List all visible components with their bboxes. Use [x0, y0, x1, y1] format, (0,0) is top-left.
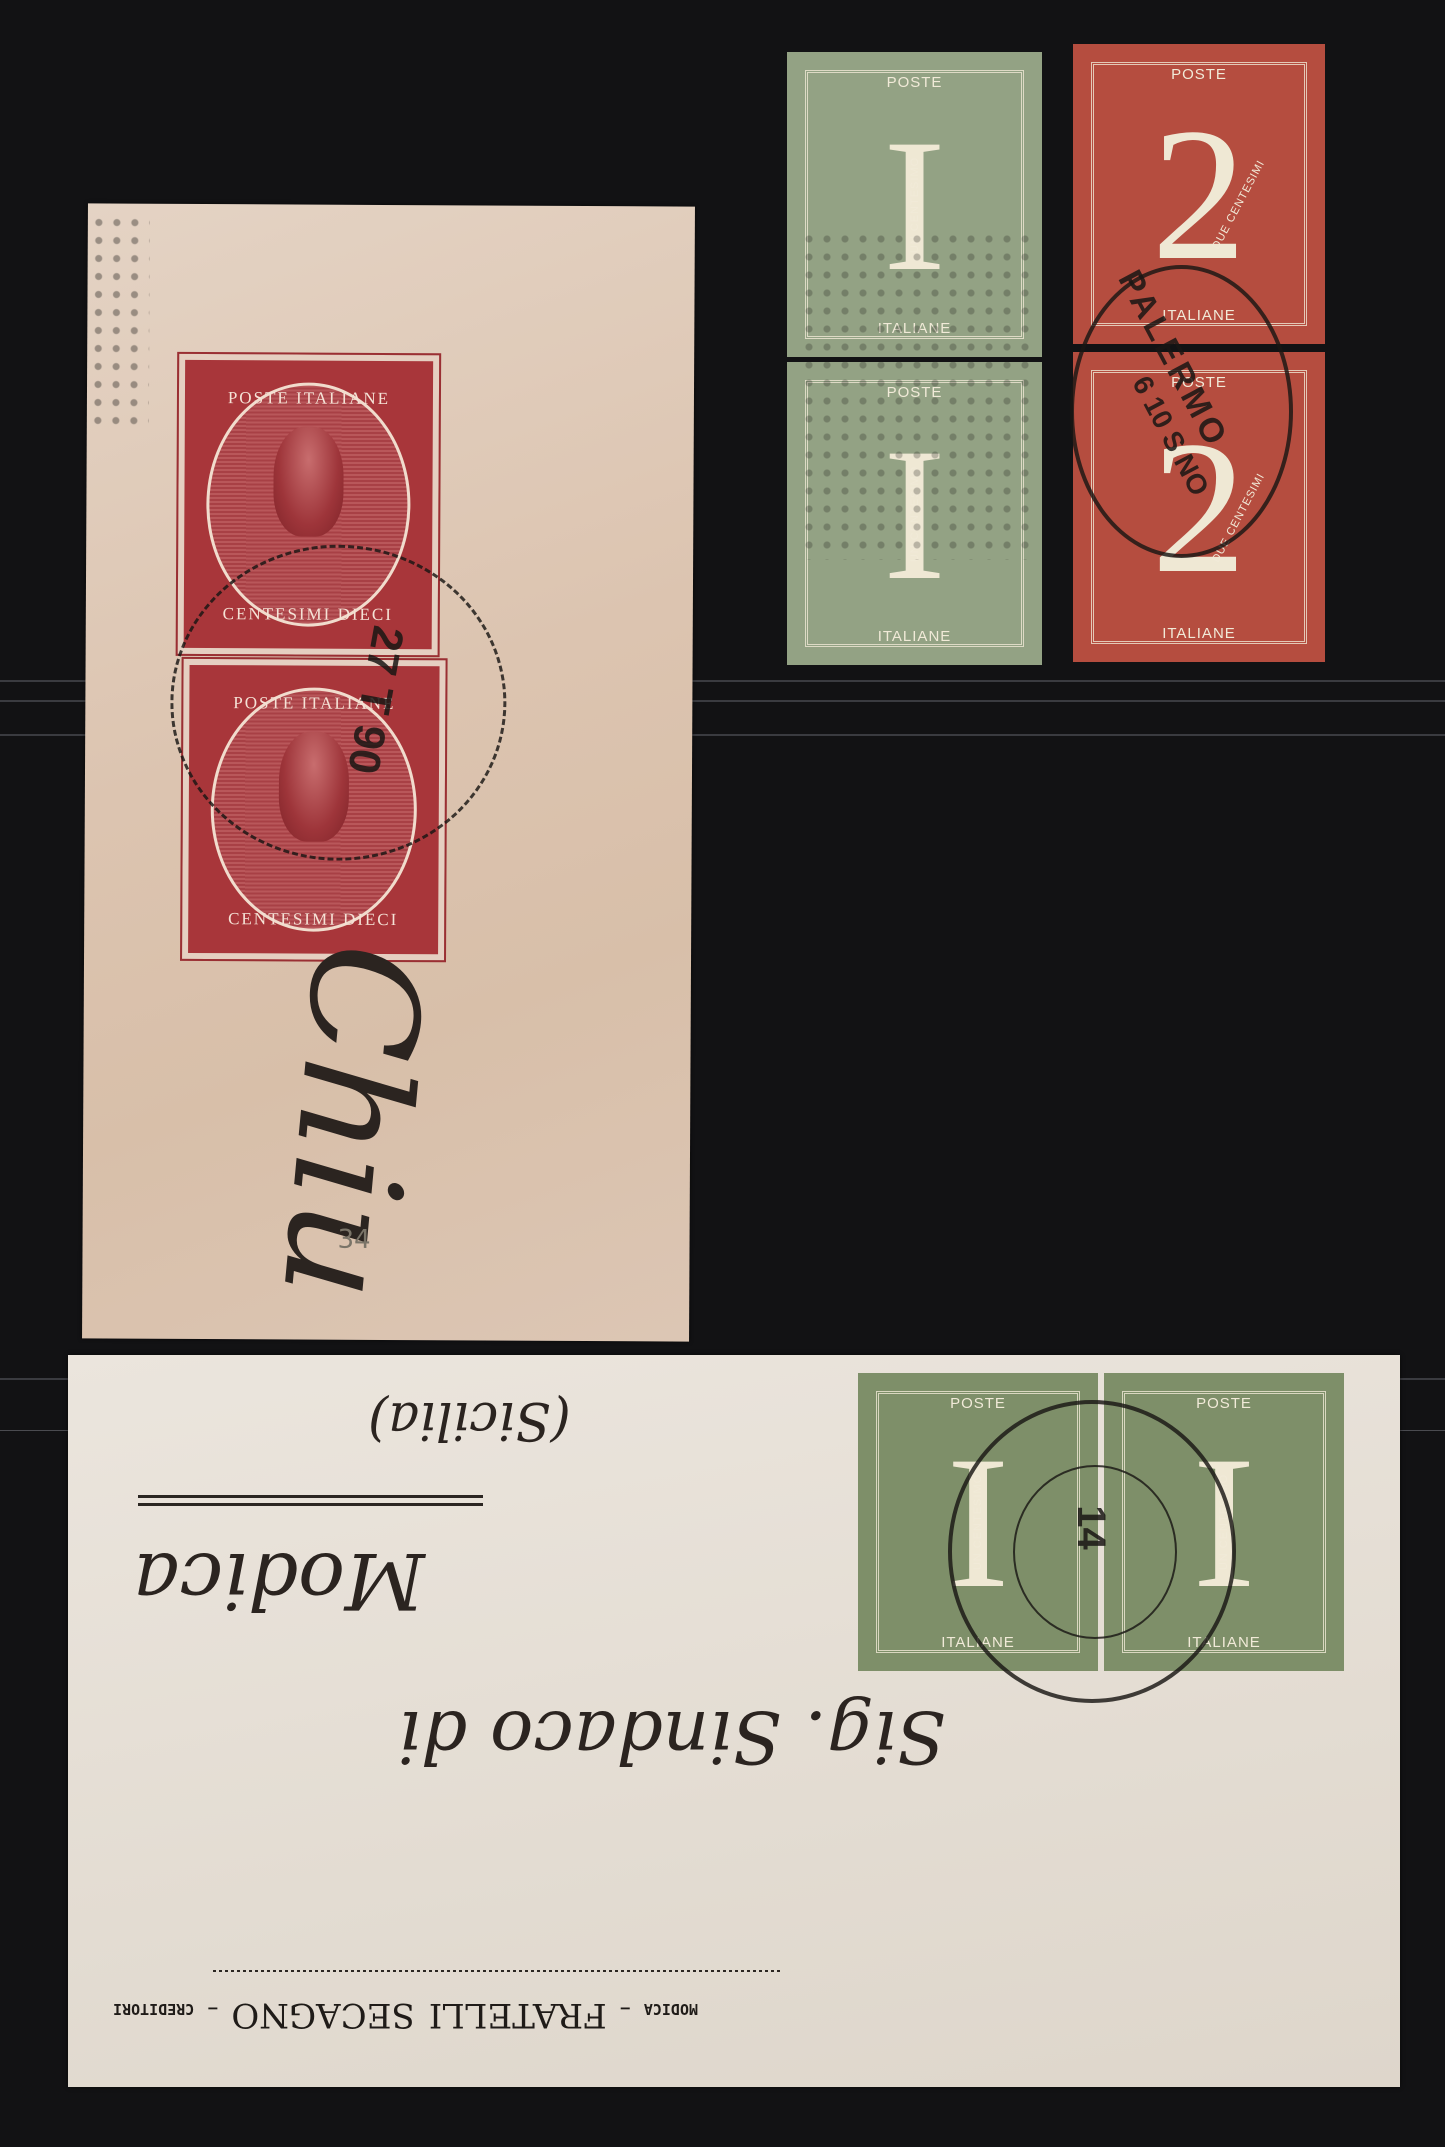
stamp-poste-label: POSTE — [1112, 1395, 1336, 1412]
dotted-cancel-mark — [800, 230, 1030, 560]
handwritten-addressee: Sig. Sindaco di — [398, 1695, 946, 1779]
imprint-town: MODICA — [644, 2000, 698, 2018]
printed-double-rule — [138, 1503, 483, 1506]
stamp-top-label: POSTE ITALIANE — [185, 388, 433, 409]
pencil-note: 34 — [337, 1225, 370, 1255]
stamp-poste-label: POSTE — [795, 74, 1034, 91]
printed-firm-imprint: MODICA — FRATELLI SECAGNO — CREDITORI — [113, 1995, 698, 2035]
partial-cancel-mark — [89, 213, 150, 433]
imprint-dash: — — [621, 2000, 630, 2018]
stamp-poste-label: POSTE — [1081, 66, 1317, 83]
printed-double-rule — [138, 1495, 483, 1498]
imprint-firm-second: SECAGNO — [231, 1995, 414, 2035]
printed-dotted-rule — [213, 1970, 783, 1972]
bottom-cover-fragment: POSTE I UN CENTESIMO ITALIANE POSTE I UN… — [68, 1355, 1400, 2087]
handwritten-region: (Sicilia) — [368, 1390, 571, 1450]
left-cover-fragment: POSTE ITALIANE CENTESIMI DIECI POSTE ITA… — [82, 203, 695, 1341]
postmark-circle — [170, 544, 508, 862]
stamp-country-label: ITALIANE — [795, 628, 1034, 645]
stamp-country-label: ITALIANE — [1081, 625, 1317, 642]
handwritten-town: Modica — [133, 1535, 425, 1625]
postmark-inner-circle — [1013, 1465, 1177, 1639]
imprint-trade: CREDITORI — [113, 2000, 194, 2018]
postmark-date: 14 — [1068, 1505, 1113, 1550]
imprint-dash: — — [208, 2000, 217, 2018]
portrait-icon — [273, 426, 344, 536]
stamp-bottom-label: CENTESIMI DIECI — [188, 909, 438, 930]
imprint-firm-first: FRATELLI — [429, 1995, 607, 2035]
